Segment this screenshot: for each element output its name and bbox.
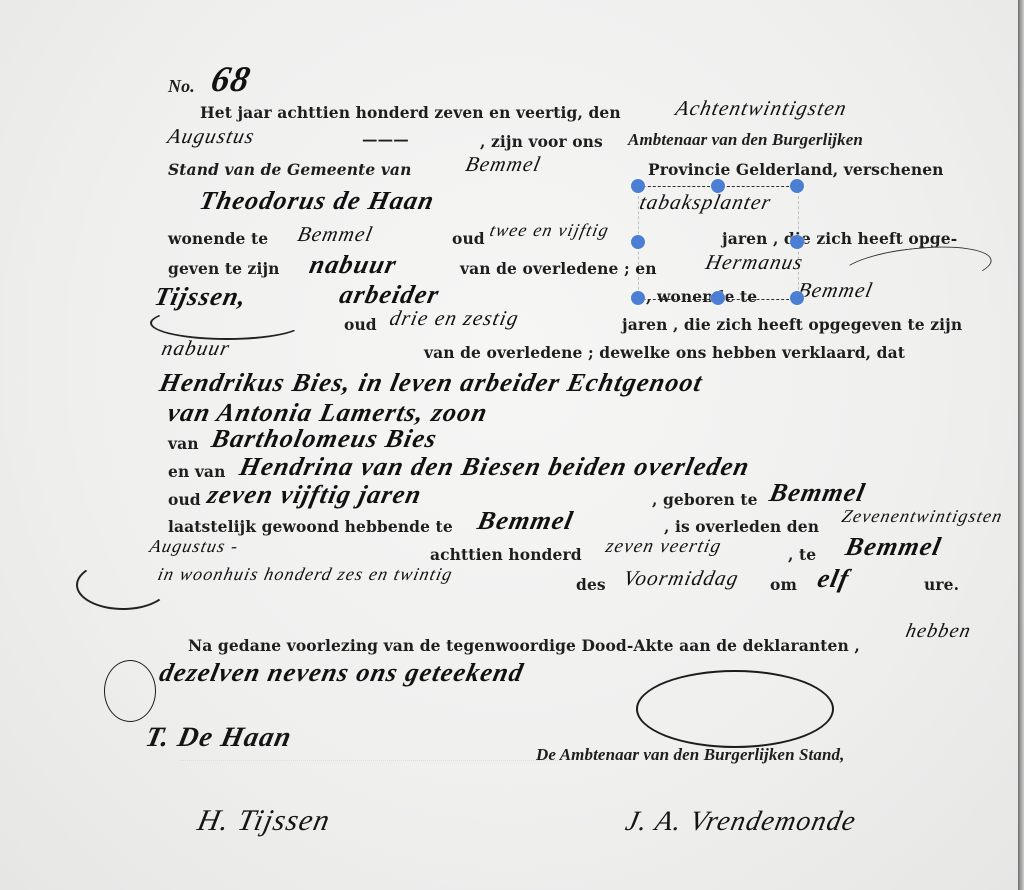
- flourish-stroke: [150, 306, 304, 340]
- signature-declarant-2: H. Tijssen: [194, 804, 333, 838]
- resize-handle-top-right[interactable]: [790, 179, 804, 193]
- flourish-loop: [636, 670, 834, 748]
- dash: ———: [362, 130, 409, 149]
- printed-line-17b: om: [770, 575, 797, 594]
- handwritten-municipality: Bemmel: [463, 152, 543, 177]
- handwritten-closing-1: hebben: [904, 620, 974, 643]
- printed-line-9: van de overledene ; dewelke ons hebben v…: [424, 343, 905, 362]
- printed-line-2: , zijn voor ons: [480, 132, 603, 151]
- handwritten-death-year: zeven veertig: [604, 536, 724, 558]
- handwritten-deceased-age: zeven vijftig jaren: [205, 480, 425, 510]
- resize-handle-bottom-center[interactable]: [711, 291, 725, 305]
- certificate-number: 68: [208, 58, 255, 100]
- handwritten-deceased-line1: Hendrikus Bies, in leven arbeider Echtge…: [157, 368, 706, 398]
- printed-line-5b: oud: [452, 229, 485, 248]
- handwritten-mother: Hendrina van den Biesen beiden overleden: [237, 452, 753, 482]
- printed-line-16a: achttien honderd: [430, 545, 582, 564]
- handwritten-month: Augustus: [165, 124, 257, 149]
- printed-line-6a: geven te zijn: [168, 259, 280, 278]
- resize-handle-middle-left[interactable]: [631, 235, 645, 249]
- handwritten-birthplace: Bemmel: [767, 478, 869, 508]
- handwritten-death-month: Augustus -: [148, 536, 241, 557]
- printed-line-18: Na gedane voorlezing van de tegenwoordig…: [188, 636, 860, 655]
- printed-line-12: van: [168, 434, 199, 453]
- resize-handle-middle-right[interactable]: [790, 235, 804, 249]
- printed-line-17c: ure.: [924, 575, 959, 594]
- printed-line-13: en van: [168, 462, 225, 481]
- handwritten-declarant1-age: twee en vijftig: [488, 220, 611, 241]
- printed-line-14b: , geboren te: [652, 490, 758, 509]
- handwritten-declarant1-name: Theodorus de Haan: [197, 186, 438, 216]
- signature-declarant-1: T. De Haan: [143, 722, 295, 754]
- resize-handle-top-left[interactable]: [631, 179, 645, 193]
- selection-box[interactable]: [638, 186, 799, 300]
- printed-line-1: Het jaar achttien honderd zeven en veert…: [200, 103, 621, 122]
- printed-line-5a: wonende te: [168, 229, 268, 248]
- printed-line-14a: oud: [168, 490, 201, 509]
- printed-line-2-italic: Ambtenaar van den Burgerlijken: [628, 130, 863, 150]
- printed-line-6b: van de overledene ; en: [460, 259, 657, 278]
- handwritten-death-date: Zevenentwintigsten: [840, 506, 1005, 527]
- handwritten-last-residence: Bemmel: [475, 506, 577, 536]
- printed-line-17a: des: [576, 575, 606, 594]
- handwritten-father: Bartholomeus Bies: [209, 424, 440, 454]
- handwritten-declarant1-residence: Bemmel: [295, 222, 375, 247]
- bleed-through: [180, 760, 560, 771]
- number-label: No.: [168, 76, 195, 97]
- resize-handle-top-center[interactable]: [711, 179, 725, 193]
- page-edge: [1018, 0, 1024, 890]
- handwritten-declarant2-relation: nabuur: [159, 336, 232, 361]
- handwritten-declarant2-age: drie en zestig: [387, 306, 521, 331]
- handwritten-hour: elf: [815, 564, 852, 594]
- handwritten-declarant2-residence: Bemmel: [795, 278, 875, 303]
- printed-line-15b: , is overleden den: [664, 517, 819, 536]
- handwritten-closing-2: dezelven nevens ons geteekend: [157, 658, 527, 688]
- printed-line-8b: jaren , die zich heeft opgegeven te zijn: [622, 315, 962, 334]
- printed-line-15a: laatstelijk gewoond hebbende te: [168, 517, 453, 536]
- handwritten-declarant1-relation: nabuur: [307, 250, 400, 280]
- printed-line-3a: Stand van de Gemeente van: [168, 160, 411, 179]
- flourish-stroke: [76, 560, 170, 610]
- resize-handle-bottom-left[interactable]: [631, 291, 645, 305]
- handwritten-death-place: Bemmel: [843, 532, 945, 562]
- handwritten-margin-note: in woonhuis honderd zes en twintig: [156, 564, 455, 585]
- handwritten-date-day: Achtentwintigsten: [673, 96, 849, 121]
- handwritten-day-part: Voormiddag: [621, 566, 741, 591]
- printed-line-3b: Provincie Gelderland, verschenen: [648, 160, 944, 179]
- flourish-stroke: [104, 660, 156, 722]
- printed-line-8a: oud: [344, 315, 377, 334]
- resize-handle-bottom-right[interactable]: [790, 291, 804, 305]
- printed-line-16b: , te: [788, 545, 816, 564]
- official-caption: De Ambtenaar van den Burgerlijken Stand,: [536, 745, 844, 765]
- signature-official: J. A. Vrendemonde: [623, 806, 860, 838]
- document-page: No. 68 Het jaar achttien honderd zeven e…: [0, 0, 1018, 890]
